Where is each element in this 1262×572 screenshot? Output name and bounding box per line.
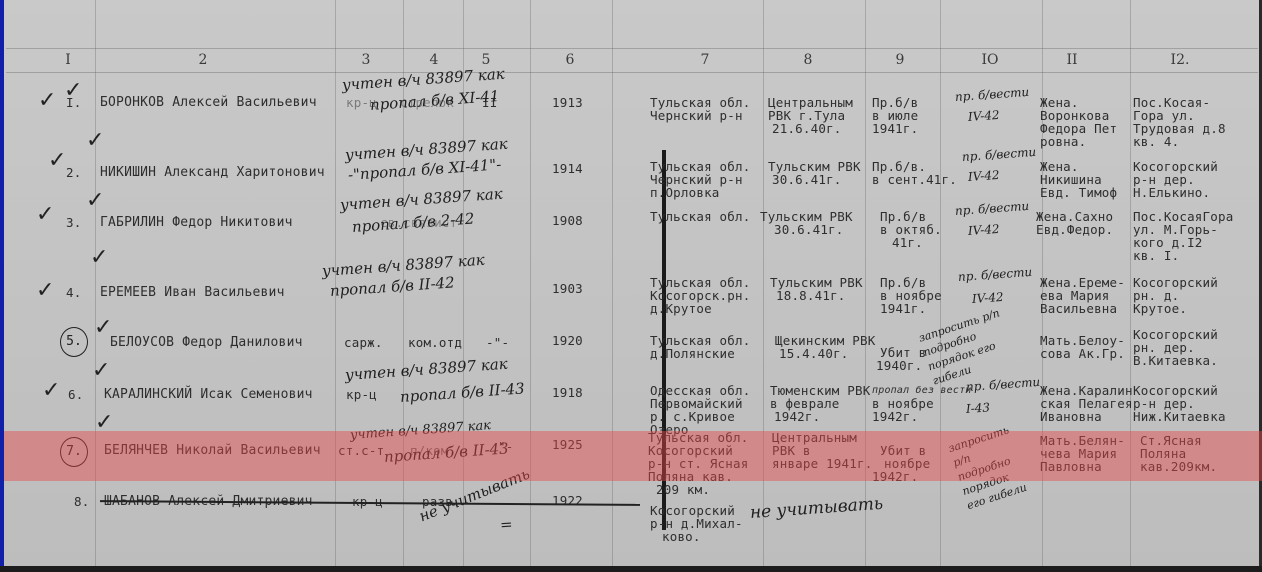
column-header: I2. — [1171, 52, 1190, 68]
relative: Жена.НикишинаЕвд. Тимоф — [1040, 160, 1117, 199]
birth-year: 1908 — [552, 214, 583, 227]
drafted-by: Тульским РВК18.8.41г. — [770, 276, 863, 302]
birthplace: Тульская обл.Чернский р-нп.Орловка — [650, 160, 750, 199]
drafted-by: Тюменским РВКв феврале1942г. — [770, 384, 870, 423]
handwritten-note: не учитывать — [749, 497, 883, 521]
soldier-name: ЕРЕМЕЕВ Иван Васильевич — [100, 286, 285, 299]
row-number: 4. — [66, 286, 81, 299]
grid-line — [6, 48, 1258, 49]
fate: Убит в1940г. — [876, 346, 926, 372]
column-header: II — [1066, 52, 1077, 68]
address: Косогорскийр-н дер.Н.Елькино. — [1133, 160, 1218, 199]
birthplace: Тульская обл.д.Полянские — [650, 334, 750, 360]
handwritten-note: учтен в/ч 83897 как — [339, 187, 503, 213]
handwritten-note: пр. б/вести — [954, 199, 1029, 219]
position: ком.отд — [408, 336, 462, 349]
column-header: 3 — [362, 52, 371, 68]
row-highlight — [4, 431, 1262, 481]
scan-border — [0, 0, 4, 572]
drafted-by: Тульским РВК30.6.41г. — [768, 160, 861, 186]
row-number: I. — [66, 96, 81, 109]
fate: пропал без вестив ноябре1942г. — [872, 384, 972, 423]
address: Косогорскийрн. д.Крутое. — [1133, 276, 1218, 315]
address: Пос.Косая-Гора ул.Трудовая д.8кв. 4. — [1133, 96, 1226, 148]
rank: сарж. — [344, 336, 383, 349]
column-header: 6 — [566, 52, 575, 68]
birthplace: Тульская обл.Косогорск.рн.д.Крутое — [650, 276, 750, 315]
scan-border-bottom — [0, 566, 1262, 572]
fate: Пр.б/в.в сент.41г. — [872, 160, 957, 186]
check-mark-icon: ✓ — [38, 88, 56, 113]
drafted-by: Тульским РВК30.6.41г. — [760, 210, 853, 236]
soldier-name: ГАБРИЛИН Федор Никитович — [100, 216, 293, 229]
address: Пос.КосаяГораул. М.Горь-кого д.I2кв. I. — [1133, 210, 1233, 262]
handwritten-note: пр. б/вести — [961, 145, 1036, 165]
birthplace: Косогорскийр-н д.Михал-ково. — [650, 504, 743, 543]
column-header: 7 — [701, 52, 710, 68]
handwritten-note: = — [499, 517, 513, 533]
drafted-by: Щекинским РВК15.4.40г. — [775, 334, 875, 360]
handwritten-note: IV-42 — [967, 168, 1000, 185]
soldier-name: КАРАЛИНСКИЙ Исак Семенович — [104, 388, 313, 401]
column-header: I — [65, 52, 71, 68]
handwritten-note: учтен в/ч 83897 как — [344, 357, 508, 383]
handwritten-note: I-43 — [965, 400, 990, 417]
handwritten-note: пр. б/вести — [965, 375, 1040, 395]
birth-year: 1914 — [552, 162, 583, 175]
handwritten-note: пропал б/в 2-42 — [351, 211, 474, 235]
fate: Пр.б/вв ноябре1941г. — [880, 276, 942, 315]
relative: Жена.СахноЕвд.Федор. — [1036, 210, 1113, 236]
check-mark-icon: ✓ — [90, 245, 108, 270]
relative: Жена.ВоронковаФедора Петровна. — [1040, 96, 1117, 148]
birth-year: 1903 — [552, 282, 583, 295]
column-header: 8 — [804, 52, 813, 68]
soldier-name: НИКИШИН Александ Харитонович — [100, 166, 325, 179]
check-mark-icon: ✓ — [86, 188, 104, 213]
handwritten-note: IV-42 — [971, 290, 1004, 307]
check-mark-icon: ✓ — [42, 378, 60, 403]
check-mark-icon: ✓ — [36, 202, 54, 227]
birth-year: 1913 — [552, 96, 583, 109]
relative: Жена.Каралинская ПелагеяИвановна — [1040, 384, 1133, 423]
column-header: 2 — [199, 52, 208, 68]
grid-line — [95, 0, 96, 572]
address: Косогорскийр-н дер.Ниж.Китаевка — [1133, 384, 1226, 423]
grid-line — [463, 0, 464, 572]
birth-year: 1918 — [552, 386, 583, 399]
grid-line — [612, 0, 613, 572]
row-number: 8. — [74, 495, 89, 508]
handwritten-note: пропал б/в XI-41 — [369, 89, 499, 113]
rank: кр-ц — [346, 388, 377, 401]
check-mark-icon: ✓ — [48, 148, 66, 173]
column-header: IO — [981, 52, 998, 68]
address: Косогорскийрн. дер.В.Китаевка. — [1133, 328, 1218, 367]
row-number: 6. — [68, 388, 83, 401]
check-mark-icon: ✓ — [86, 128, 104, 153]
handwritten-note: пр. б/вести — [954, 85, 1029, 105]
birthplace: Тульская обл. — [650, 210, 750, 223]
grid-line — [763, 0, 764, 572]
document-scan: I 2 3 4 5 6 7 8 9 IO II I2. ✓ ✓ ✓ ✓ ✓ ✓ … — [0, 0, 1262, 572]
handwritten-note: пропал б/в II-42 — [329, 275, 455, 299]
row-number: 3. — [66, 216, 81, 229]
soldier-name: БЕЛОУСОВ Федор Данилович — [110, 336, 303, 349]
fate: Пр.б/вв июле1941г. — [872, 96, 918, 135]
grid-line — [1130, 0, 1131, 572]
check-mark-icon: ✓ — [36, 278, 54, 303]
birth-year: 1920 — [552, 334, 583, 347]
fate: Пр.б/вв октяб.41г. — [880, 210, 942, 249]
handwritten-note: IV-42 — [967, 108, 1000, 125]
column-header: 9 — [896, 52, 905, 68]
circled-row-number: 5. — [60, 327, 88, 357]
row-number: 2. — [66, 166, 81, 179]
check-mark-icon: ✓ — [92, 358, 110, 383]
handwritten-note: пр. б/вести — [957, 265, 1032, 285]
relative: Жена.Ереме-ева МарияВасильевна — [1040, 276, 1125, 315]
handwritten-note: пропал б/в II-43 — [399, 381, 525, 405]
col5-value: -"- — [486, 336, 509, 349]
soldier-name: БОРОНКОВ Алексей Васильевич — [100, 96, 317, 109]
grid-line — [865, 0, 866, 572]
grid-line — [6, 72, 1258, 73]
handwritten-note: запросить р/пподробнопорядок егогибели — [917, 305, 1016, 388]
birthplace: Тульская обл.Чернский р-н — [650, 96, 750, 122]
handwritten-note: IV-42 — [967, 222, 1000, 239]
drafted-by: ЦентральнымРВК г.Тула21.6.40г. — [768, 96, 853, 135]
grid-line — [530, 0, 531, 572]
relative: Мать.Белоу-сова Ак.Гр. — [1040, 334, 1125, 360]
column-header: 4 — [430, 52, 439, 68]
